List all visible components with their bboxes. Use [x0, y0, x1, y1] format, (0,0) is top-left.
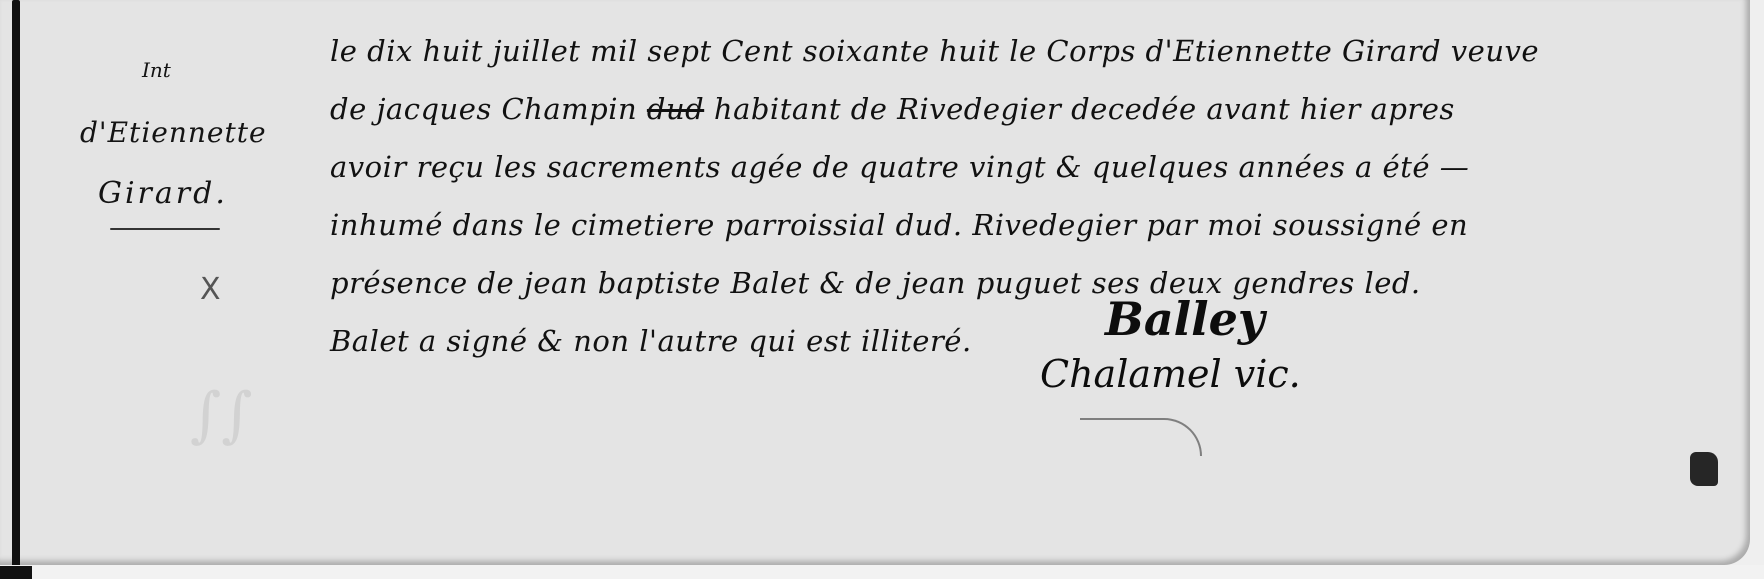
record-line-2b: habitant de Rivedegier decedée avant hie… [714, 92, 1455, 126]
cross-mark-icon: X [200, 272, 221, 307]
record-line-6: Balet a signé & non l'autre qui est illi… [330, 324, 972, 358]
margin-name: d'Etiennette [80, 116, 267, 149]
register-page: Int d'Etiennette Girard. X ∫∫ le dix hui… [0, 0, 1750, 565]
page-binding-edge [12, 0, 20, 570]
margin-act-label: Int [142, 58, 171, 82]
record-line-2: de jacques Champin dud habitant de Rived… [330, 92, 1455, 126]
ink-bleed-through: ∫∫ [190, 380, 253, 450]
signature-chalamel: Chalamel vic. [1040, 352, 1301, 396]
record-line-4: inhumé dans le cimetiere parroissial dud… [330, 208, 1468, 242]
page-bottom-margin [0, 565, 1764, 579]
record-line-3: avoir reçu les sacrements agée de quatre… [330, 150, 1469, 184]
record-line-1: le dix huit juillet mil sept Cent soixan… [330, 34, 1539, 68]
margin-underline [110, 228, 220, 230]
record-line-2a: de jacques Champin [330, 92, 637, 126]
signature-flourish [1080, 418, 1202, 456]
signature-balley: Balley [1105, 292, 1265, 346]
struck-word: dud [647, 92, 704, 126]
binding-foot [0, 566, 32, 579]
ink-blot [1690, 452, 1718, 486]
margin-surname: Girard. [98, 176, 228, 211]
